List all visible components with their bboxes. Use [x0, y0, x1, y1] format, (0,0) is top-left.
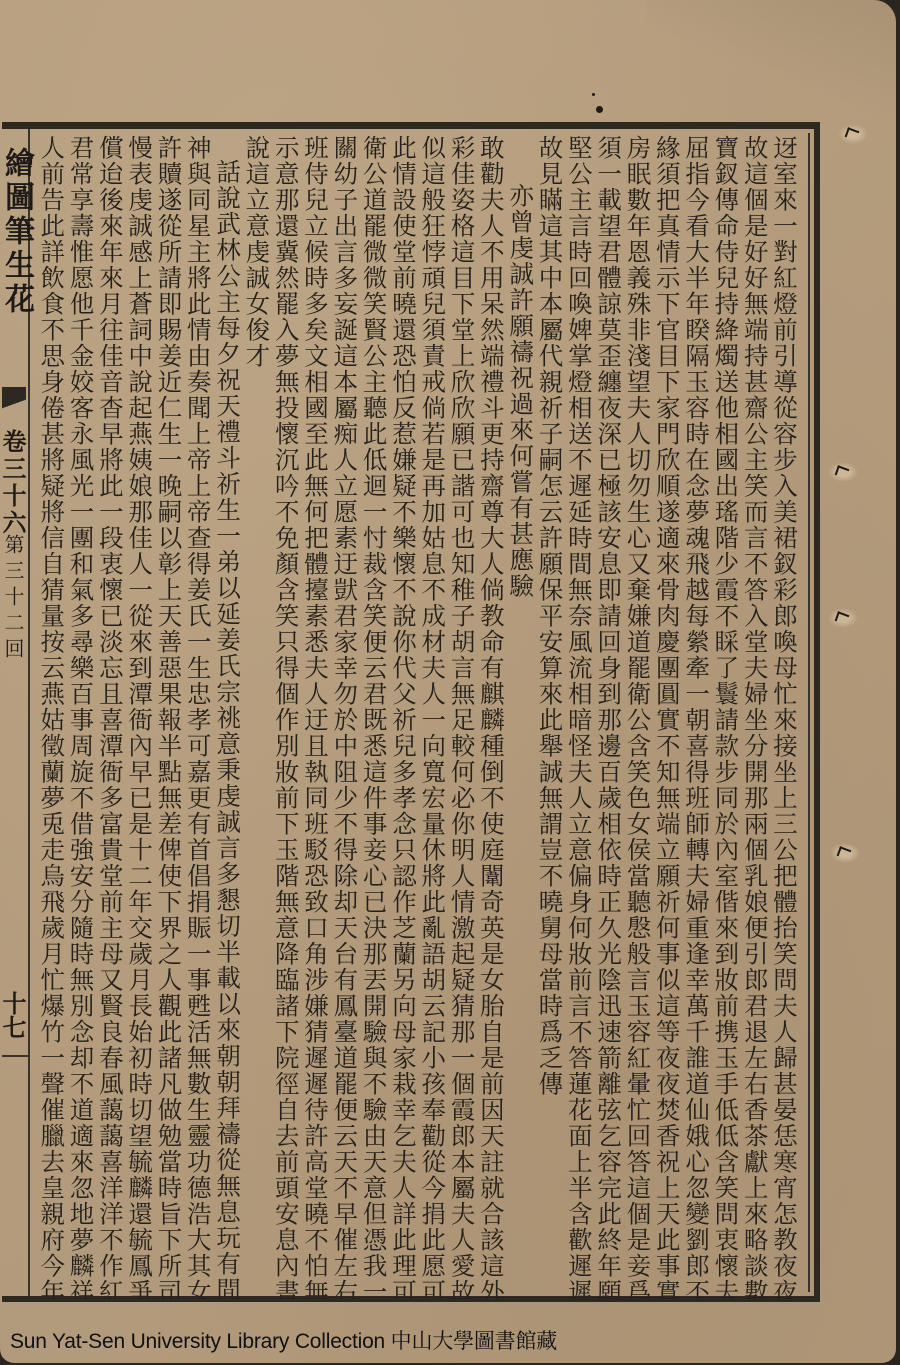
- text-column: 班侍兒立候時多矣文相國至此無何把體擡素悉夫人迂且執同班駁恐致口角涉嫌猜遲遲待許高…: [302, 135, 331, 1299]
- text-column: 衛公道罷微微笑賢公主聽此低迴一忖裁含笑便云君既悉這件事妾心已決那丟開驗與不驗由天…: [360, 135, 389, 1299]
- text-column: 話說武林公主每夕祝天禮斗祈生一弟以延姜氏宗祧意秉虔誠言多懇切半載以來朝朝拜禱從無…: [214, 135, 243, 1299]
- text-column: 慢表虔誠感上蒼詞中說起燕姨娘那佳人一從來到潭衙內早已是十二年交歲月長始初時切望毓…: [126, 135, 155, 1299]
- library-collection-watermark: Sun Yat-Sen University Library Collectio…: [10, 1325, 557, 1355]
- text-body: 迓室來一對紅燈前引導從容步入美裙釵彩郎喚母忙來接坐上三公把體抬笑問夫人歸甚晏恁寒…: [38, 135, 800, 1290]
- text-column: 君常享壽惟愿他千金姣客永風光一團和氣多尋樂百事周旋不借強安分隨時無別念却不道適來…: [67, 135, 96, 1299]
- text-column: 說這立意虔誠女俊才: [243, 135, 272, 1299]
- text-column: 迓室來一對紅燈前引導從容步入美裙釵彩郎喚母忙來接坐上三公把體抬笑問夫人歸甚晏恁寒…: [771, 135, 800, 1299]
- ink-spot: [592, 93, 595, 96]
- text-column: 寶釵傳命侍兒持絳燭送他相國出瑤階少霞不睬了鬟請款步同於內室偕來到妝前携玉手低低含…: [712, 135, 741, 1299]
- book-title: 繪圖筆生花: [2, 147, 30, 317]
- text-column: 亦曾虔誠許願禱祝過來何嘗有甚應驗: [507, 135, 536, 1299]
- page-number: 十七: [2, 991, 30, 1039]
- paper-fold-shadow: [646, 0, 896, 130]
- text-column: 房眠數年恩義殊非淺望夫人切勿生心又棄嫌道罷衛公含笑色女侯當聽慇般言玉容紅暈忙回答…: [624, 135, 653, 1299]
- text-column: 彩佳姿格這目下堂上欣欣願已諧可也知稚子胡言無足較何必你明人情激起疑猜那一個霞郎本…: [448, 135, 477, 1299]
- margin-rule: [2, 1055, 28, 1057]
- text-column: 神與同星主將此情由奏聞上帝上帝查得姜氏一生忠孝可嘉更有首倡捐賑一事甦活無數生靈功…: [184, 135, 213, 1299]
- chapter-label: 第三十二回: [4, 534, 28, 664]
- text-column: 緣須把真情示下官目下家門欣順遂適來骨肉慶團圓實不知無端立願祈何事似這等夜夜焚香祝…: [653, 135, 682, 1299]
- text-column: 須一載望君體諒莫歪纏夜深已極該安息即請回身到那邊百歲相依時正久光陰迅速箭離弦乞容…: [595, 135, 624, 1299]
- volume-label: 卷三十六: [2, 429, 30, 537]
- binding-hole-upper: [828, 462, 858, 482]
- binding-hole-top: [838, 124, 868, 144]
- ink-spot: [596, 106, 603, 113]
- text-column: 此情設使堂前曉還恐怕反惹嫌疑不樂懷不說你代父祈兒多孝念只認作芝蘭另向母家栽幸乞夫…: [390, 135, 419, 1299]
- text-column: 示意那還冀然罷入夢無投懷沉吟不免顏含笑只得個作別妝前下玉階無意降臨諸下院徑自去前…: [272, 135, 301, 1299]
- binding-hole-lower: [830, 843, 860, 863]
- fishtail-mark: [2, 387, 26, 421]
- text-column: 故見瞞這其中本屬代親祈子嗣怎云許願保平安算來此舉誠無謂豈不曉舅母當時爲乏傳: [536, 135, 565, 1299]
- text-column: 關幼子出言多妄誕這本屬痴人立愿素迂獃君家幸勿於中阻少不得除却天台有鳳臺道罷便云天…: [331, 135, 360, 1299]
- text-column: 堅公主言時回喚婢掌燈相送不遲延時間無奈風流相暗怪夫人立意偏身何妝前言不答蓮花面上…: [566, 135, 595, 1299]
- text-column: 似這般狂悖頑兒須責戒倘若是再加姑息不成材夫人一向寬宏量休將此亂語胡云記小孩奉勸從…: [419, 135, 448, 1299]
- frame-inner-rule: [807, 133, 810, 1292]
- scanned-page: 繪圖筆生花 卷三十六 第三十二回 十七 迓室來一對紅燈前引導從容步入美裙釵彩郎喚…: [0, 0, 896, 1363]
- text-column: 償迨後來年來月往佳音杳早將此一段衷懷已淡忘且喜潭衙多富貴堂前主母又賢良春風藹藹喜…: [97, 135, 126, 1299]
- text-frame: 繪圖筆生花 卷三十六 第三十二回 十七 迓室來一對紅燈前引導從容步入美裙釵彩郎喚…: [2, 122, 820, 1302]
- page-margin-column: 繪圖筆生花 卷三十六 第三十二回 十七: [2, 129, 30, 1296]
- text-column: 人前告此詳飲食不思身倦甚將疑將信自猜量按云燕姑徵蘭夢兎走烏飛歲月忙爆竹一聲催臘去…: [38, 135, 67, 1299]
- text-column: 許贖遂從所請即賜姜近仁生一晚嗣以彰上天善惡果報半點無差俾使下界之人觀此諸凡做勉當…: [155, 135, 184, 1299]
- text-column: 屈指今看大半年睽隔玉容時在念夢魂飛越每縈牽一朝喜得班師轉夫婦重逢幸萬千誰道仙娥心…: [683, 135, 712, 1299]
- text-column: 故這個是好好無端持甚齋公主笑而言不答入堂夫婦坐分開那兩個乳娘便引郎君退左右香茶獻…: [741, 135, 770, 1299]
- binding-hole-middle: [828, 608, 858, 628]
- text-column: 敢勸夫人不用呆然端禮斗更持齋尊大人倘教命有麒麟種倒不使庭闈奇英是女胎自是前因天註…: [478, 135, 507, 1299]
